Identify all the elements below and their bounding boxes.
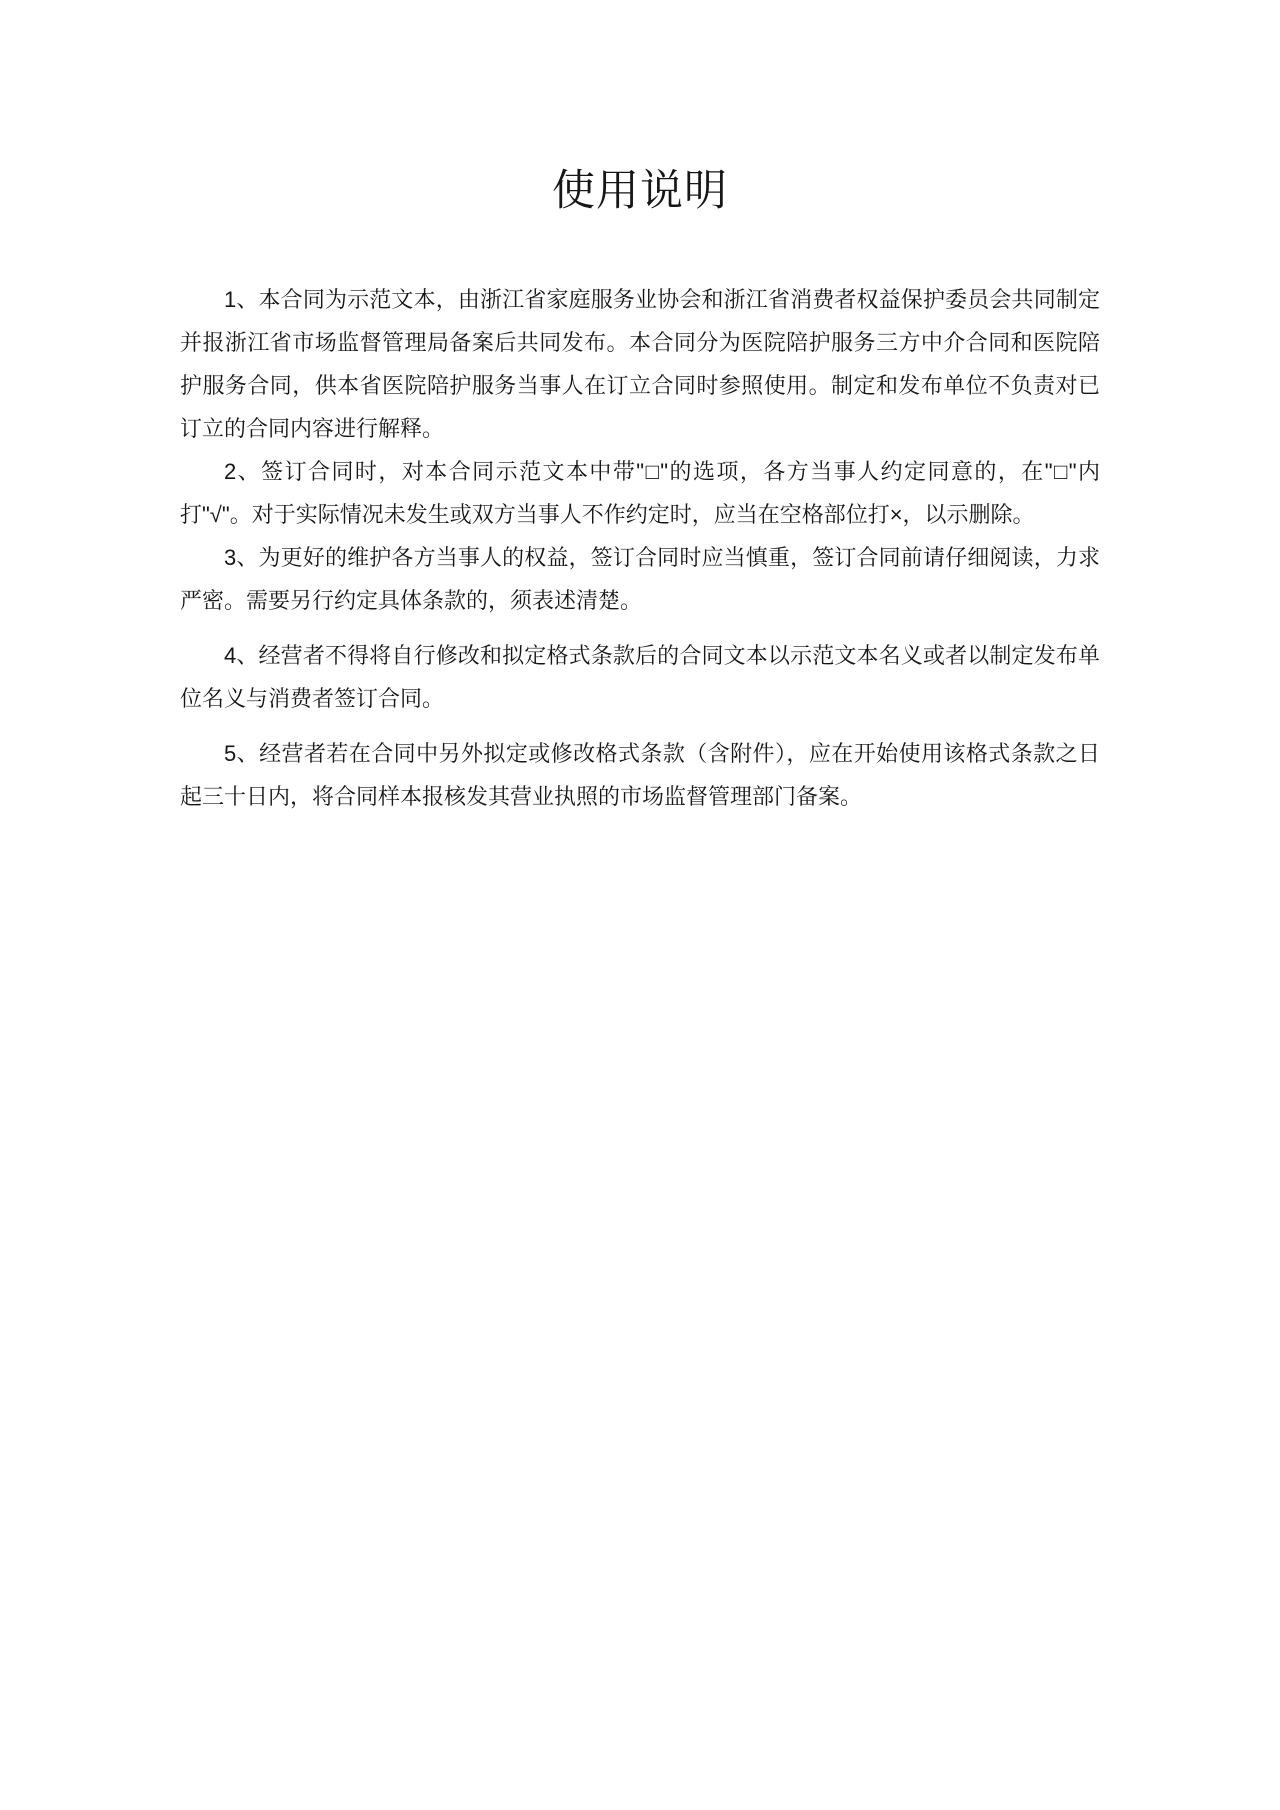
paragraph-3: 3、为更好的维护各方当事人的权益，签订合同时应当慎重，签订合同前请仔细阅读，力求…	[180, 536, 1100, 622]
paragraph-2: 2、签订合同时，对本合同示范文本中带"□"的选项，各方当事人约定同意的，在"□"…	[180, 450, 1100, 536]
paragraph-1: 1、本合同为示范文本，由浙江省家庭服务业协会和浙江省消费者权益保护委员会共同制定…	[180, 278, 1100, 450]
paragraph-4: 4、经营者不得将自行修改和拟定格式条款后的合同文本以示范文本名义或者以制定发布单…	[180, 634, 1100, 720]
paragraph-5: 5、经营者若在合同中另外拟定或修改格式条款（含附件），应在开始使用该格式条款之日…	[180, 732, 1100, 818]
page-title: 使用说明	[180, 0, 1100, 218]
document-page: 使用说明 1、本合同为示范文本，由浙江省家庭服务业协会和浙江省消费者权益保护委员…	[0, 0, 1280, 1810]
document-body: 1、本合同为示范文本，由浙江省家庭服务业协会和浙江省消费者权益保护委员会共同制定…	[180, 278, 1100, 818]
